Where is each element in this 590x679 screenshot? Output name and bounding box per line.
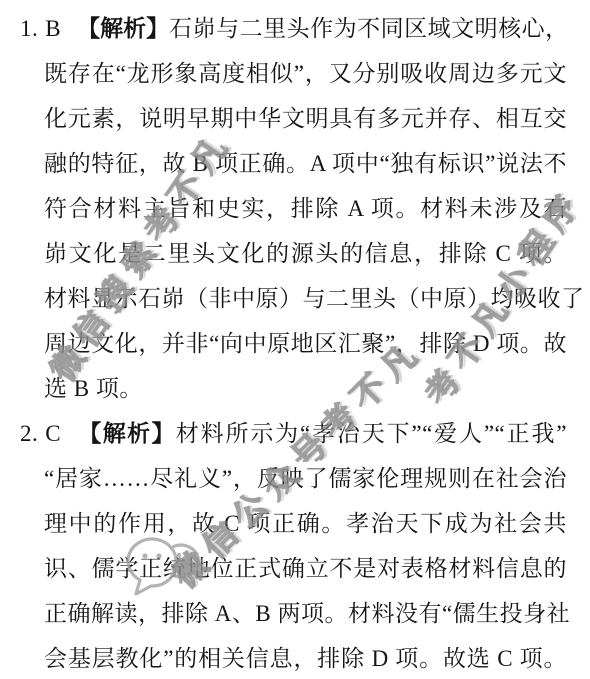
- analysis-line: 化元素，说明早期中华文明具有多元并存、相互交: [0, 96, 590, 141]
- answer-letter: B: [45, 6, 61, 51]
- answers-content: 1.B【解析】石峁与二里头作为不同区域文明核心， 既存在“龙形象高度相似”，又分…: [0, 0, 590, 679]
- analysis-line: “居家……尽礼义”，反映了儒家伦理规则在社会治: [0, 456, 590, 501]
- analysis-label: 【解析】: [77, 421, 176, 446]
- analysis-label: 【解析】: [77, 16, 169, 41]
- answer-sheet-page: 微信搜索考不凡 考不凡小程序 微信公众号考不凡 1.B【解析】石峁与二里头作为不…: [0, 0, 590, 679]
- question-number: 2.: [20, 411, 38, 456]
- analysis-line: 融的特征，故 B 项正确。A 项中“独有标识”说法不: [0, 141, 590, 186]
- analysis-line: 峁文化是二里头文化的源头的信息，排除 C 项。: [0, 231, 590, 276]
- analysis-line: 识、儒学正统地位正式确立不是对表格材料信息的: [0, 546, 590, 591]
- analysis-line: 正确解读，排除 A、B 两项。材料没有“儒生投身社: [0, 591, 590, 636]
- analysis-text: 石峁与二里头作为不同区域文明核心，: [169, 16, 569, 41]
- answer-item-1-heading-line: 1.B【解析】石峁与二里头作为不同区域文明核心，: [0, 6, 590, 51]
- analysis-line: 周边文化，并非“向中原地区汇聚”，排除 D 项。故: [0, 321, 590, 366]
- answer-letter: C: [45, 411, 61, 456]
- answer-item-2-heading-line: 2.C【解析】材料所示为“孝治天下”“爱人”“正我”: [0, 411, 590, 456]
- analysis-line: 符合材料主旨和史实，排除 A 项。材料未涉及石: [0, 186, 590, 231]
- analysis-line: 会基层教化”的相关信息，排除 D 项。故选 C 项。: [0, 636, 590, 679]
- question-number: 1.: [20, 6, 38, 51]
- analysis-line: 选 B 项。: [0, 366, 590, 411]
- analysis-line: 材料显示石峁（非中原）与二里头（中原）均吸收了: [0, 276, 590, 321]
- analysis-line: 既存在“龙形象高度相似”，又分别吸收周边多元文: [0, 51, 590, 96]
- analysis-text: 材料所示为“孝治天下”“爱人”“正我”: [176, 421, 567, 446]
- analysis-line: 理中的作用，故 C 项正确。孝治天下成为社会共: [0, 501, 590, 546]
